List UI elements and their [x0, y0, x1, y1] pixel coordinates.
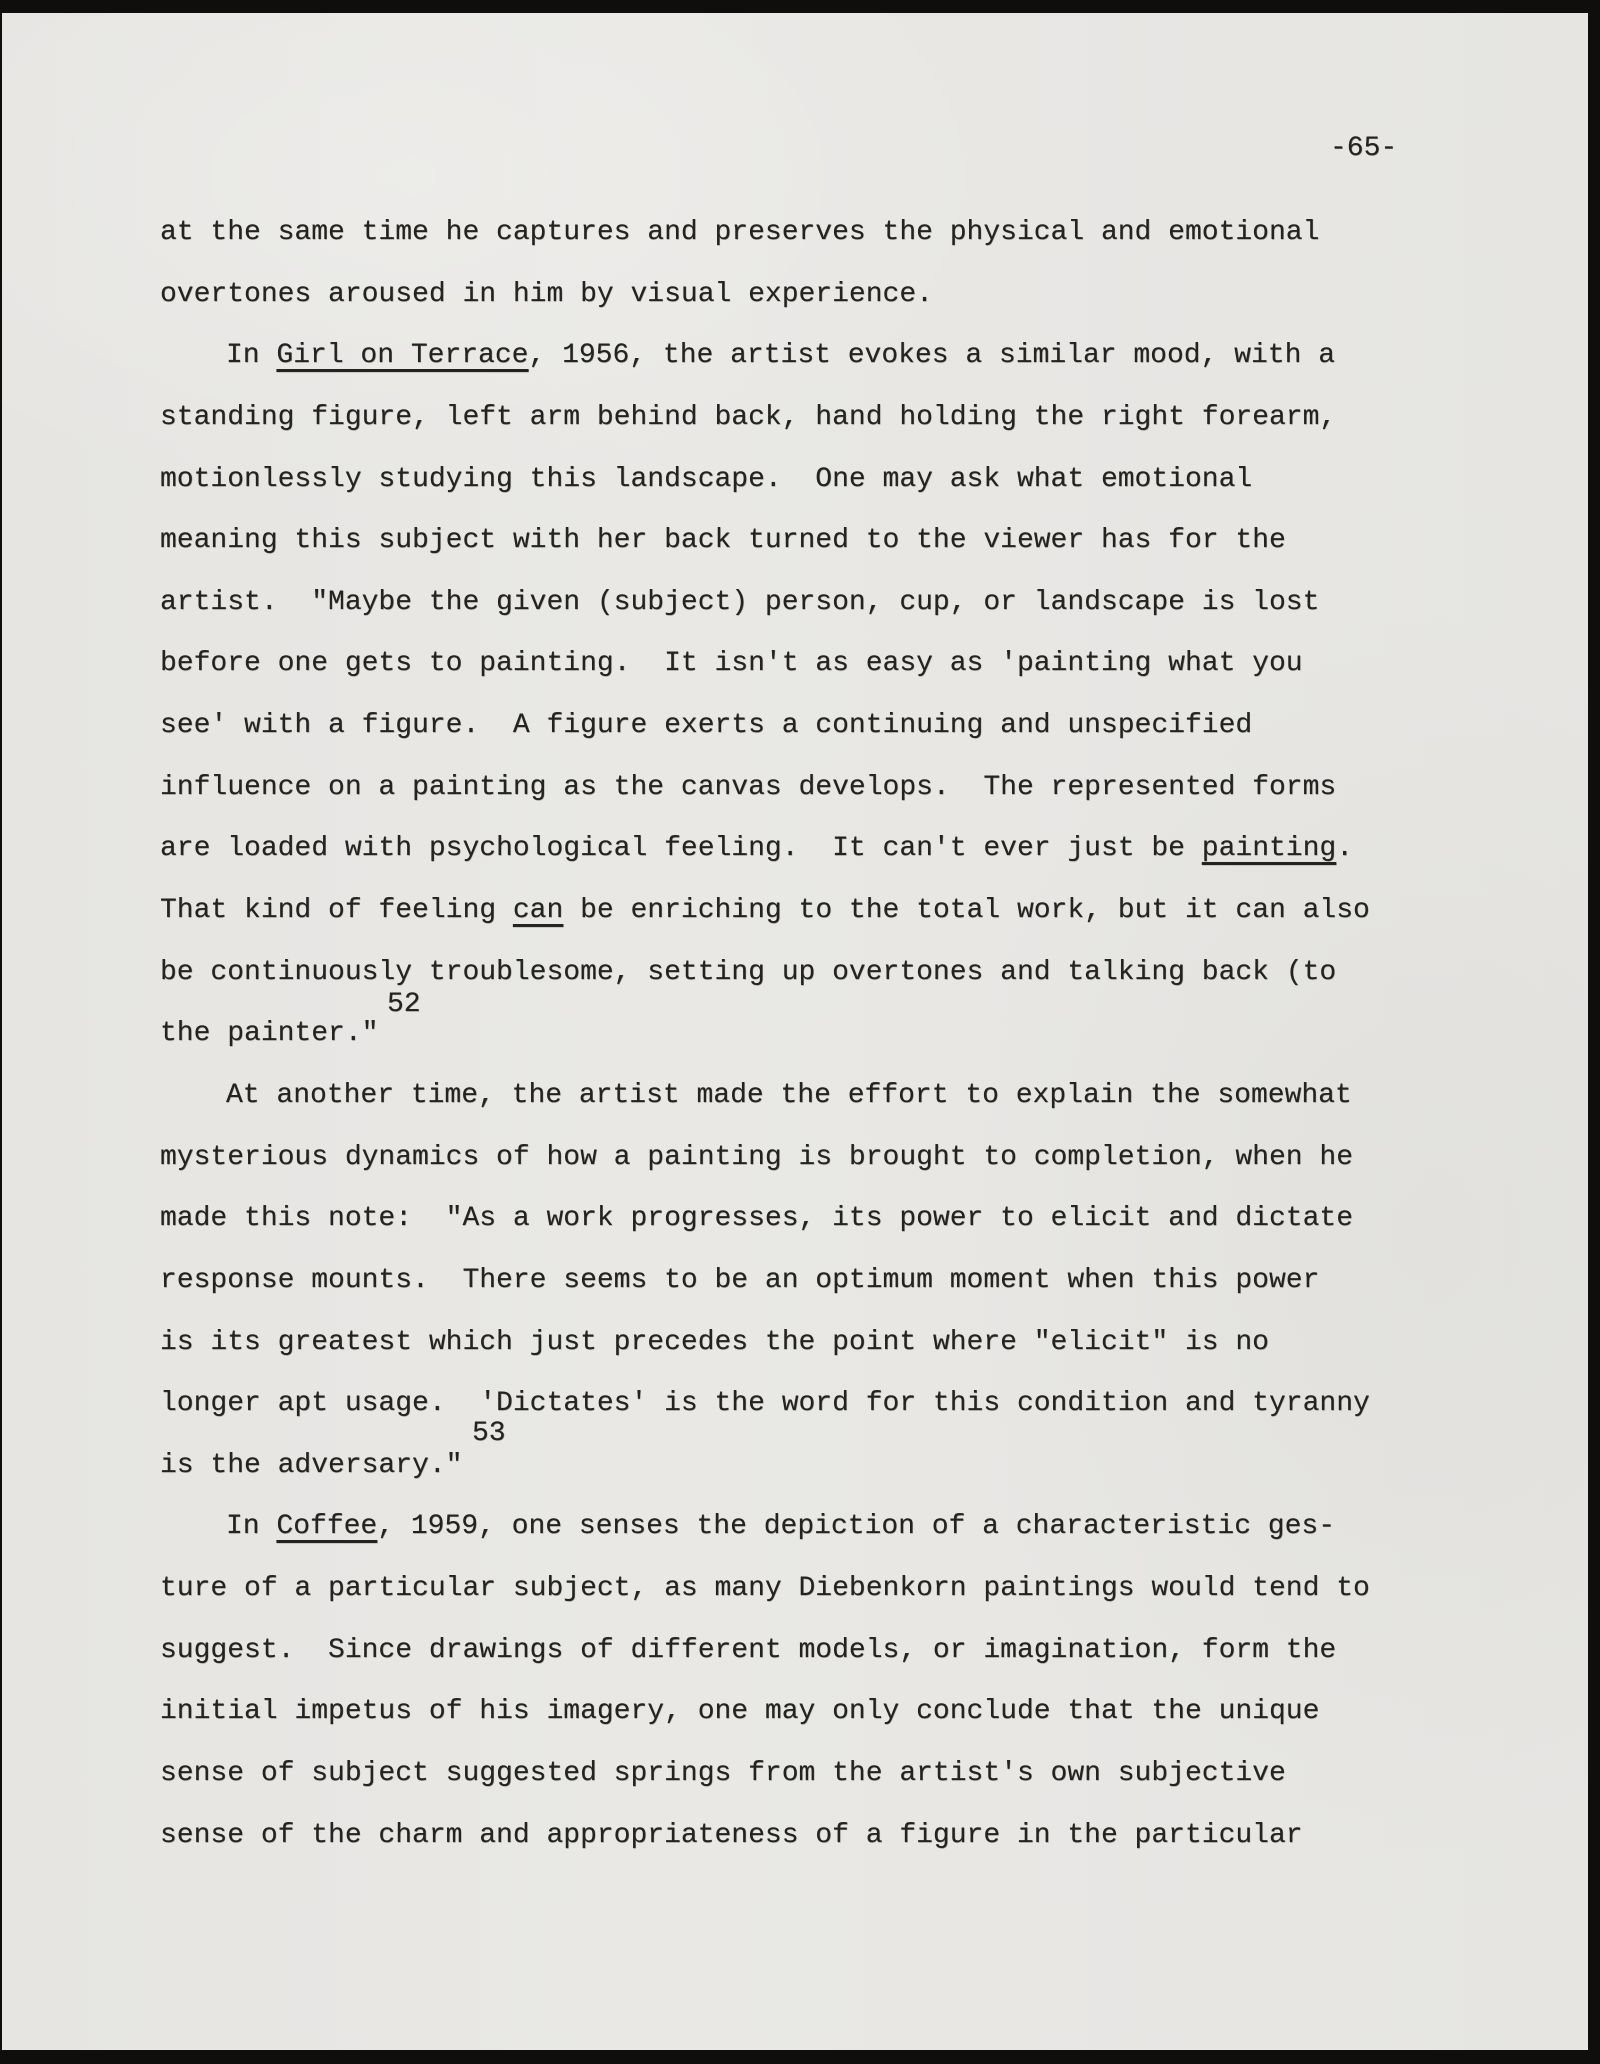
underlined-text-segment: Girl on Terrace: [276, 340, 528, 371]
text-line: standing figure, left arm behind back, h…: [160, 387, 1460, 449]
text-segment: ture of a particular subject, as many Di…: [160, 1573, 1370, 1604]
text-segment: suggest. Since drawings of different mod…: [160, 1635, 1336, 1666]
scan-background: { "page": { "page_number": "-65-" }, "do…: [0, 0, 1600, 2064]
text-line: longer apt usage. 'Dictates' is the word…: [160, 1373, 1460, 1435]
text-line: That kind of feeling can be enriching to…: [160, 880, 1460, 942]
text-segment: the painter.": [160, 1018, 378, 1049]
underlined-text-segment: can: [513, 895, 563, 926]
text-segment: influence on a painting as the canvas de…: [160, 772, 1336, 803]
text-line: is its greatest which just precedes the …: [160, 1312, 1460, 1374]
text-segment: mysterious dynamics of how a painting is…: [160, 1142, 1353, 1173]
text-line: mysterious dynamics of how a painting is…: [160, 1127, 1460, 1189]
text-line: sense of subject suggested springs from …: [160, 1743, 1460, 1805]
text-line: In Coffee, 1959, one senses the depictio…: [160, 1496, 1460, 1558]
text-segment: longer apt usage. 'Dictates' is the word…: [160, 1388, 1370, 1419]
text-segment: initial impetus of his imagery, one may …: [160, 1696, 1319, 1727]
text-line: overtones aroused in him by visual exper…: [160, 264, 1460, 326]
text-segment: see' with a figure. A figure exerts a co…: [160, 710, 1252, 741]
underlined-text-segment: Coffee: [276, 1511, 377, 1542]
text-segment: In: [226, 340, 276, 371]
text-line: initial impetus of his imagery, one may …: [160, 1681, 1460, 1743]
text-segment: are loaded with psychological feeling. I…: [160, 833, 1202, 864]
footnote-reference: 53: [472, 1420, 506, 1448]
text-segment: made this note: "As a work progresses, i…: [160, 1203, 1353, 1234]
text-segment: motionlessly studying this landscape. On…: [160, 464, 1252, 495]
text-line: before one gets to painting. It isn't as…: [160, 633, 1460, 695]
text-line: ture of a particular subject, as many Di…: [160, 1558, 1460, 1620]
text-line: artist. "Maybe the given (subject) perso…: [160, 572, 1460, 634]
page-text: at the same time he captures and preserv…: [160, 202, 1460, 1866]
text-segment: , 1959, one senses the depiction of a ch…: [377, 1511, 1335, 1542]
text-line: suggest. Since drawings of different mod…: [160, 1620, 1460, 1682]
text-segment: That kind of feeling: [160, 895, 513, 926]
text-segment: is its greatest which just precedes the …: [160, 1327, 1269, 1358]
text-segment: at the same time he captures and preserv…: [160, 217, 1319, 248]
footnote-reference: 52: [387, 991, 421, 1019]
text-segment: be enriching to the total work, but it c…: [563, 895, 1370, 926]
text-segment: standing figure, left arm behind back, h…: [160, 402, 1336, 433]
page-number: -65-: [1330, 135, 1397, 163]
text-line: sense of the charm and appropriateness o…: [160, 1805, 1460, 1867]
text-segment: In: [226, 1511, 276, 1542]
text-line: influence on a painting as the canvas de…: [160, 757, 1460, 819]
text-segment: meaning this subject with her back turne…: [160, 525, 1286, 556]
text-line: 53is the adversary.": [160, 1435, 1460, 1497]
text-line: motionlessly studying this landscape. On…: [160, 449, 1460, 511]
text-segment: artist. "Maybe the given (subject) perso…: [160, 587, 1319, 618]
text-line: response mounts. There seems to be an op…: [160, 1250, 1460, 1312]
text-line: At another time, the artist made the eff…: [160, 1065, 1460, 1127]
text-segment: sense of subject suggested springs from …: [160, 1758, 1286, 1789]
underlined-text-segment: painting: [1202, 833, 1336, 864]
text-line: be continuously troublesome, setting up …: [160, 942, 1460, 1004]
text-segment: sense of the charm and appropriateness o…: [160, 1820, 1303, 1851]
paper: -65- at the same time he captures and pr…: [2, 13, 1588, 2050]
text-line: are loaded with psychological feeling. I…: [160, 818, 1460, 880]
text-segment: be continuously troublesome, setting up …: [160, 957, 1336, 988]
text-line: In Girl on Terrace, 1956, the artist evo…: [160, 325, 1460, 387]
text-segment: is the adversary.": [160, 1450, 462, 1481]
text-segment: before one gets to painting. It isn't as…: [160, 648, 1303, 679]
text-segment: .: [1336, 833, 1353, 864]
text-segment: , 1956, the artist evokes a similar mood…: [528, 340, 1335, 371]
text-line: at the same time he captures and preserv…: [160, 202, 1460, 264]
text-segment: overtones aroused in him by visual exper…: [160, 279, 933, 310]
text-line: see' with a figure. A figure exerts a co…: [160, 695, 1460, 757]
text-line: made this note: "As a work progresses, i…: [160, 1188, 1460, 1250]
text-line: meaning this subject with her back turne…: [160, 510, 1460, 572]
text-line: 52the painter.": [160, 1003, 1460, 1065]
text-segment: At another time, the artist made the eff…: [226, 1080, 1352, 1111]
text-segment: response mounts. There seems to be an op…: [160, 1265, 1319, 1296]
